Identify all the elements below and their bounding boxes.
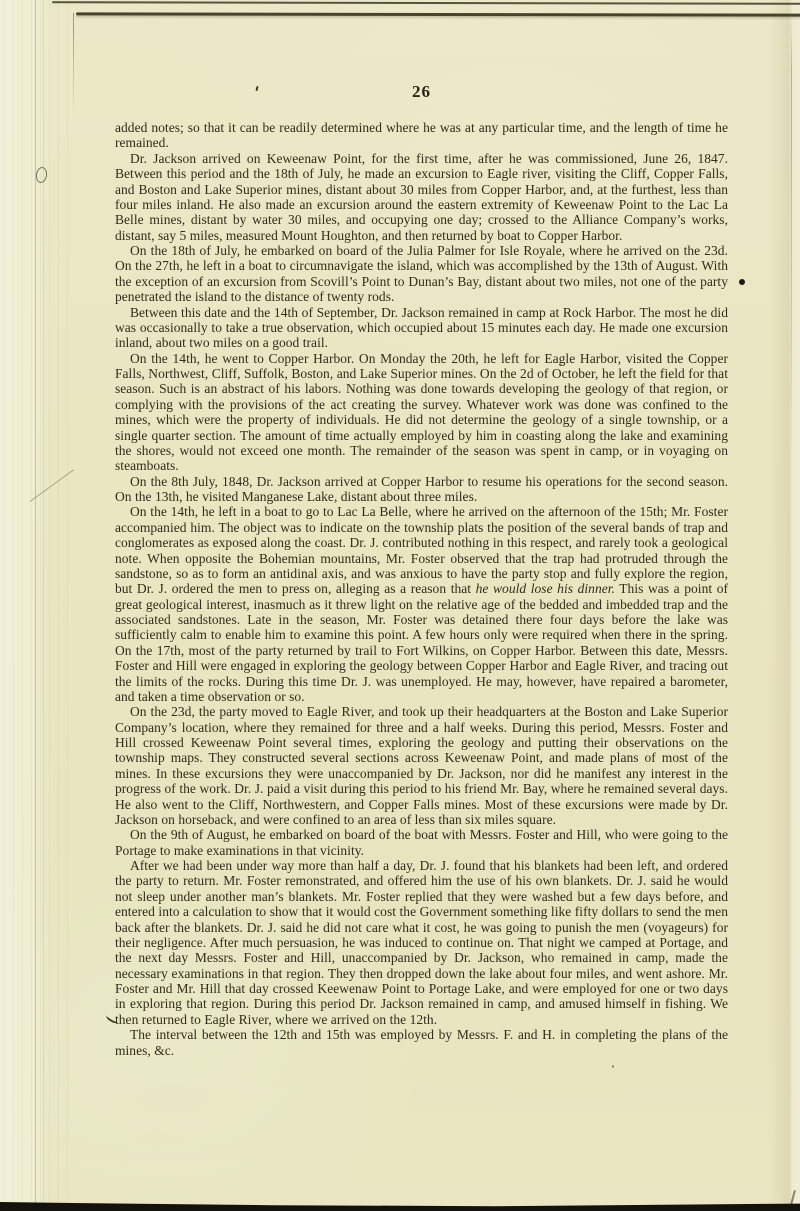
paragraph: On the 14th, he left in a boat to go to … <box>115 504 728 704</box>
italic-text-run: he would lose his dinner. <box>476 581 615 596</box>
paragraph: On the 18th of July, he embarked on boar… <box>115 243 728 305</box>
body-text: added notes; so that it can be readily d… <box>115 120 728 1058</box>
text-run: Between this date and the 14th of Septem… <box>115 305 728 351</box>
text-run: After we had been under way more than ha… <box>115 858 728 1027</box>
paragraph: On the 14th, he went to Copper Harbor. O… <box>115 351 728 474</box>
scan-corner-line <box>73 13 74 117</box>
text-run: On the 23d, the party moved to Eagle Riv… <box>115 704 728 827</box>
text-run: added notes; so that it can be readily d… <box>115 120 728 150</box>
ink-speck <box>612 1065 614 1068</box>
scan-corner-tick <box>790 1190 796 1205</box>
faded-print-patch <box>198 1143 378 1175</box>
paragraph: Dr. Jackson arrived on Keweenaw Point, f… <box>115 151 728 243</box>
text-run: On the 18th of July, he embarked on boar… <box>115 243 728 304</box>
text-run: The interval between the 12th and 15th w… <box>115 1027 728 1057</box>
text-run: On the 9th of August, he embarked on boa… <box>115 827 728 857</box>
page-number: 26 <box>115 82 728 102</box>
scanned-page: 26 added notes; so that it can be readil… <box>0 0 800 1211</box>
text-run: Dr. Jackson arrived on Keweenaw Point, f… <box>115 151 728 243</box>
text-run: On the 8th July, 1848, Dr. Jackson arriv… <box>115 474 728 504</box>
margin-dot-mark <box>739 279 745 285</box>
paragraph: added notes; so that it can be readily d… <box>115 120 728 151</box>
text-run: On the 14th, he went to Copper Harbor. O… <box>115 351 728 474</box>
scan-edge-line <box>52 1 800 5</box>
page-fold-line <box>35 0 36 1211</box>
paragraph: On the 23d, the party moved to Eagle Riv… <box>115 704 728 827</box>
paragraph: Between this date and the 14th of Septem… <box>115 305 728 351</box>
paragraph: On the 8th July, 1848, Dr. Jackson arriv… <box>115 474 728 505</box>
paragraph: On the 9th of August, he embarked on boa… <box>115 827 728 858</box>
paragraph: The interval between the 12th and 15th w… <box>115 1027 728 1058</box>
scan-edge-line <box>76 12 800 16</box>
scan-bottom-edge <box>0 1201 800 1211</box>
paragraph: After we had been under way more than ha… <box>115 858 728 1027</box>
page-right-edge-line <box>791 22 792 452</box>
text-run: This was a point of great geological int… <box>115 581 728 704</box>
